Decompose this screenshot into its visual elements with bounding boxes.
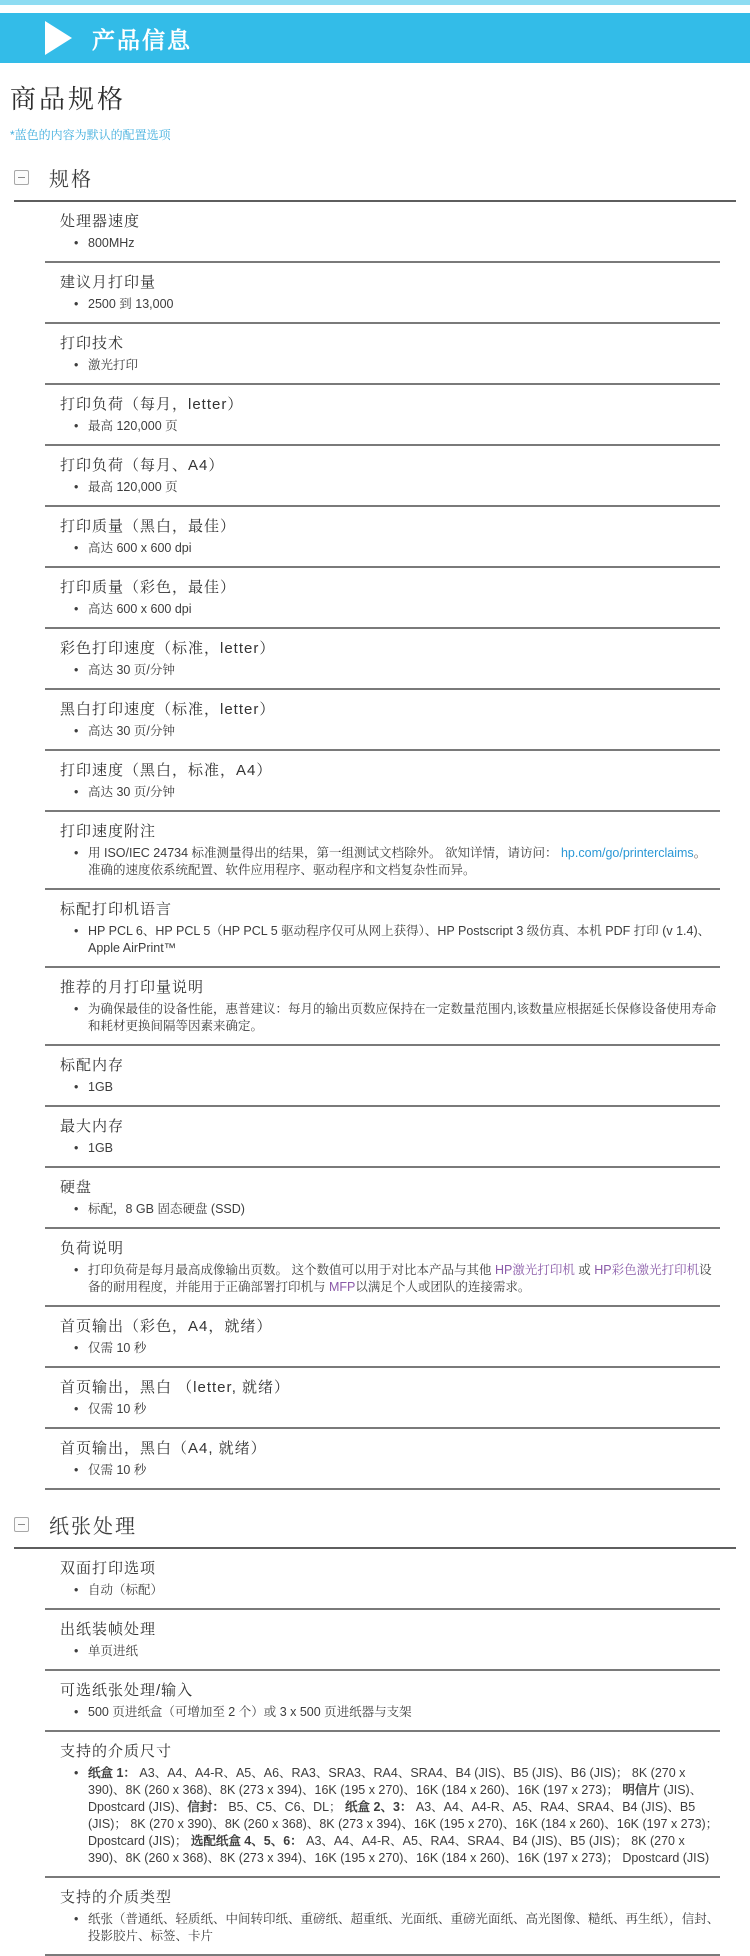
- bullet-text: 标配，8 GB 固态硬盘 (SSD): [88, 1202, 245, 1216]
- inline-link-visited[interactable]: HP彩色激光打印机: [594, 1263, 699, 1277]
- spec-item-title: 支持的介质尺寸: [60, 1742, 720, 1761]
- bullet-text: 打印负荷是每月最高成像输出页数。 这个数值可以用于对比本产品与其他: [88, 1263, 495, 1277]
- spec-bullet: 打印负荷是每月最高成像输出页数。 这个数值可以用于对比本产品与其他 HP激光打印…: [60, 1262, 720, 1296]
- spec-bullet-list: 仅需 10 秒: [60, 1401, 720, 1418]
- spec-bullet: 仅需 10 秒: [60, 1340, 720, 1357]
- spec-item-title: 出纸装帧处理: [60, 1620, 720, 1639]
- spec-bullet: 高达 30 页/分钟: [60, 662, 720, 679]
- spec-item-title: 打印速度附注: [60, 822, 720, 841]
- spec-item-title: 硬盘: [60, 1178, 720, 1197]
- spec-bullet-list: 自动（标配）: [60, 1582, 720, 1599]
- spec-item: 建议月打印量2500 到 13,000: [45, 263, 720, 324]
- section-header: 规格: [14, 163, 750, 192]
- bullet-text: 单页进纸: [88, 1644, 138, 1658]
- spec-bullet: 激光打印: [60, 357, 720, 374]
- bullet-text: 明信片: [622, 1783, 660, 1797]
- default-config-note: *蓝色的内容为默认的配置选项: [10, 126, 750, 143]
- spec-item: 首页输出，黑白 （letter, 就绪）仅需 10 秒: [45, 1368, 720, 1429]
- play-triangle-icon: [45, 21, 72, 55]
- bullet-text: 最高 120,000 页: [88, 419, 178, 433]
- section-title: 纸张处理: [49, 1510, 137, 1539]
- spec-bullet: 高达 600 x 600 dpi: [60, 601, 720, 618]
- spec-item: 打印负荷（每月、A4）最高 120,000 页: [45, 446, 720, 507]
- spec-item: 出纸装帧处理单页进纸: [45, 1610, 720, 1671]
- bullet-text: 最高 120,000 页: [88, 480, 178, 494]
- spec-item: 打印质量（彩色，最佳）高达 600 x 600 dpi: [45, 568, 720, 629]
- spec-item: 黑白打印速度（标准，letter）高达 30 页/分钟: [45, 690, 720, 751]
- spec-bullet-list: 高达 600 x 600 dpi: [60, 540, 720, 557]
- bullet-text: 1GB: [88, 1080, 113, 1094]
- bullet-text: A3、A4、A4-R、A5、A6、RA3、SRA3、RA4、SRA4、B4 (J…: [88, 1766, 685, 1797]
- spec-item: 支持的介质尺寸纸盒 1： A3、A4、A4-R、A5、A6、RA3、SRA3、R…: [45, 1732, 720, 1878]
- spec-item: 双面打印选项自动（标配）: [45, 1549, 720, 1610]
- spec-item-title: 标配打印机语言: [60, 900, 720, 919]
- spec-item-title: 可选纸张处理/输入: [60, 1681, 720, 1700]
- spec-bullet: 高达 30 页/分钟: [60, 784, 720, 801]
- bullet-text: 高达 600 x 600 dpi: [88, 602, 192, 616]
- spec-bullet-list: 高达 600 x 600 dpi: [60, 601, 720, 618]
- spec-bullet-list: 最高 120,000 页: [60, 479, 720, 496]
- spec-item-title: 首页输出（彩色，A4，就绪）: [60, 1317, 720, 1336]
- spec-bullet: 高达 30 页/分钟: [60, 723, 720, 740]
- sections-container: 规格处理器速度800MHz建议月打印量2500 到 13,000打印技术激光打印…: [0, 163, 750, 1956]
- spec-bullet: 为确保最佳的设备性能，惠普建议：每月的输出页数应保持在一定数量范围内,该数量应根…: [60, 1001, 720, 1035]
- bullet-text: 高达 30 页/分钟: [88, 724, 175, 738]
- bullet-text: 2500 到 13,000: [88, 297, 174, 311]
- spec-bullet-list: 激光打印: [60, 357, 720, 374]
- spec-item: 标配打印机语言HP PCL 6、HP PCL 5（HP PCL 5 驱动程序仅可…: [45, 890, 720, 968]
- spec-bullet-list: 高达 30 页/分钟: [60, 784, 720, 801]
- spec-item-title: 打印质量（黑白，最佳）: [60, 517, 720, 536]
- spec-item-title: 黑白打印速度（标准，letter）: [60, 700, 720, 719]
- spec-item: 打印负荷（每月，letter）最高 120,000 页: [45, 385, 720, 446]
- spec-bullet: 高达 600 x 600 dpi: [60, 540, 720, 557]
- spec-bullet: 仅需 10 秒: [60, 1462, 720, 1479]
- bullet-text: 以满足个人或团队的连接需求。: [355, 1280, 530, 1294]
- spec-item: 首页输出，黑白（A4, 就绪）仅需 10 秒: [45, 1429, 720, 1490]
- spec-item-title: 推荐的月打印量说明: [60, 978, 720, 997]
- product-info-banner: 产品信息: [0, 13, 750, 63]
- bullet-text: 纸盒 1：: [88, 1766, 139, 1780]
- collapse-toggle-icon[interactable]: [14, 170, 29, 185]
- spec-bullet-list: 仅需 10 秒: [60, 1462, 720, 1479]
- spec-item-title: 最大内存: [60, 1117, 720, 1136]
- top-accent-strip: [0, 0, 750, 5]
- page-title: 商品规格: [10, 79, 750, 116]
- spec-item-title: 建议月打印量: [60, 273, 720, 292]
- bullet-text: 纸张（普通纸、轻质纸、中间转印纸、重磅纸、超重纸、光面纸、重磅光面纸、高光图像、…: [88, 1912, 719, 1943]
- section-title: 规格: [49, 163, 93, 192]
- spec-item: 彩色打印速度（标准，letter）高达 30 页/分钟: [45, 629, 720, 690]
- spec-bullet-list: 标配，8 GB 固态硬盘 (SSD): [60, 1201, 720, 1218]
- spec-item-title: 打印速度（黑白，标准，A4）: [60, 761, 720, 780]
- spec-bullet: 1GB: [60, 1079, 720, 1096]
- spec-item-title: 打印负荷（每月，letter）: [60, 395, 720, 414]
- bullet-text: 500 页进纸盒（可增加至 2 个）或 3 x 500 页进纸器与支架: [88, 1705, 412, 1719]
- bullet-text: 仅需 10 秒: [88, 1402, 146, 1416]
- spec-bullet-list: 仅需 10 秒: [60, 1340, 720, 1357]
- inline-link-visited[interactable]: HP激光打印机: [495, 1263, 575, 1277]
- spec-bullet-list: 高达 30 页/分钟: [60, 662, 720, 679]
- bullet-text: 激光打印: [88, 358, 138, 372]
- bullet-text: B5、C5、C6、DL；: [228, 1800, 345, 1814]
- spec-item: 打印技术激光打印: [45, 324, 720, 385]
- spec-item: 最大内存1GB: [45, 1107, 720, 1168]
- spec-item: 处理器速度800MHz: [45, 202, 720, 263]
- spec-bullet: 最高 120,000 页: [60, 418, 720, 435]
- spec-item: 打印速度附注用 ISO/IEC 24734 标准测量得出的结果，第一组测试文档除…: [45, 812, 720, 890]
- spec-item-title: 负荷说明: [60, 1239, 720, 1258]
- section-header: 纸张处理: [14, 1510, 750, 1539]
- spec-bullet: 自动（标配）: [60, 1582, 720, 1599]
- spec-bullet: 纸盒 1： A3、A4、A4-R、A5、A6、RA3、SRA3、RA4、SRA4…: [60, 1765, 720, 1867]
- spec-bullet: 1GB: [60, 1140, 720, 1157]
- inline-link-visited[interactable]: MFP: [329, 1280, 355, 1294]
- spec-bullet-list: 高达 30 页/分钟: [60, 723, 720, 740]
- spec-bullet-list: 1GB: [60, 1140, 720, 1157]
- spec-item-title: 打印技术: [60, 334, 720, 353]
- spec-item: 负荷说明打印负荷是每月最高成像输出页数。 这个数值可以用于对比本产品与其他 HP…: [45, 1229, 720, 1307]
- spec-item: 推荐的月打印量说明为确保最佳的设备性能，惠普建议：每月的输出页数应保持在一定数量…: [45, 968, 720, 1046]
- spec-item: 打印质量（黑白，最佳）高达 600 x 600 dpi: [45, 507, 720, 568]
- spec-bullet-list: 纸张（普通纸、轻质纸、中间转印纸、重磅纸、超重纸、光面纸、重磅光面纸、高光图像、…: [60, 1911, 720, 1945]
- spec-item-title: 处理器速度: [60, 212, 720, 231]
- spec-bullet: 2500 到 13,000: [60, 296, 720, 313]
- bullet-text: HP PCL 6、HP PCL 5（HP PCL 5 驱动程序仅可从网上获得）、…: [88, 924, 710, 955]
- spec-bullet-list: 1GB: [60, 1079, 720, 1096]
- spec-item: 硬盘标配，8 GB 固态硬盘 (SSD): [45, 1168, 720, 1229]
- spec-bullet: 500 页进纸盒（可增加至 2 个）或 3 x 500 页进纸器与支架: [60, 1704, 720, 1721]
- spec-bullet: 纸张（普通纸、轻质纸、中间转印纸、重磅纸、超重纸、光面纸、重磅光面纸、高光图像、…: [60, 1911, 720, 1945]
- spec-item-title: 支持的介质类型: [60, 1888, 720, 1907]
- spec-bullet-list: 打印负荷是每月最高成像输出页数。 这个数值可以用于对比本产品与其他 HP激光打印…: [60, 1262, 720, 1296]
- spec-bullet-list: 2500 到 13,000: [60, 296, 720, 313]
- spec-item-title: 首页输出，黑白（A4, 就绪）: [60, 1439, 720, 1458]
- spec-item: 打印速度（黑白，标准，A4）高达 30 页/分钟: [45, 751, 720, 812]
- spec-item-title: 标配内存: [60, 1056, 720, 1075]
- spec-item-title: 打印负荷（每月、A4）: [60, 456, 720, 475]
- spec-bullet-list: 单页进纸: [60, 1643, 720, 1660]
- spec-bullet-list: 纸盒 1： A3、A4、A4-R、A5、A6、RA3、SRA3、RA4、SRA4…: [60, 1765, 720, 1867]
- bullet-text: 选配纸盒 4、5、6：: [191, 1834, 306, 1848]
- spec-bullet: 仅需 10 秒: [60, 1401, 720, 1418]
- spec-bullet-list: 用 ISO/IEC 24734 标准测量得出的结果，第一组测试文档除外。 欲知详…: [60, 845, 720, 879]
- banner-title: 产品信息: [92, 22, 192, 55]
- spec-item: 支持的介质类型纸张（普通纸、轻质纸、中间转印纸、重磅纸、超重纸、光面纸、重磅光面…: [45, 1878, 720, 1956]
- spec-section: 规格处理器速度800MHz建议月打印量2500 到 13,000打印技术激光打印…: [0, 163, 750, 1490]
- spec-bullet: 单页进纸: [60, 1643, 720, 1660]
- collapse-toggle-icon[interactable]: [14, 1517, 29, 1532]
- spec-item-title: 首页输出，黑白 （letter, 就绪）: [60, 1378, 720, 1397]
- spec-bullet: 标配，8 GB 固态硬盘 (SSD): [60, 1201, 720, 1218]
- bullet-text: 或: [575, 1263, 594, 1277]
- bullet-text: 高达 30 页/分钟: [88, 663, 175, 677]
- spec-item-title: 彩色打印速度（标准，letter）: [60, 639, 720, 658]
- bullet-text: 1GB: [88, 1141, 113, 1155]
- bullet-text: 自动（标配）: [88, 1583, 163, 1597]
- spec-bullet: 800MHz: [60, 235, 720, 252]
- spec-section: 纸张处理双面打印选项自动（标配）出纸装帧处理单页进纸可选纸张处理/输入500 页…: [0, 1510, 750, 1956]
- bullet-text: 纸盒 2、3：: [345, 1800, 416, 1814]
- spec-bullet: HP PCL 6、HP PCL 5（HP PCL 5 驱动程序仅可从网上获得）、…: [60, 923, 720, 957]
- spec-bullet-list: HP PCL 6、HP PCL 5（HP PCL 5 驱动程序仅可从网上获得）、…: [60, 923, 720, 957]
- bullet-text: 为确保最佳的设备性能，惠普建议：每月的输出页数应保持在一定数量范围内,该数量应根…: [88, 1002, 716, 1033]
- spec-bullet-list: 800MHz: [60, 235, 720, 252]
- bullet-text: 高达 30 页/分钟: [88, 785, 175, 799]
- bullet-text: 仅需 10 秒: [88, 1341, 146, 1355]
- spec-item: 首页输出（彩色，A4，就绪）仅需 10 秒: [45, 1307, 720, 1368]
- spec-bullet-list: 为确保最佳的设备性能，惠普建议：每月的输出页数应保持在一定数量范围内,该数量应根…: [60, 1001, 720, 1035]
- spec-bullet-list: 500 页进纸盒（可增加至 2 个）或 3 x 500 页进纸器与支架: [60, 1704, 720, 1721]
- bullet-text: 信封：: [187, 1800, 228, 1814]
- spec-item: 可选纸张处理/输入500 页进纸盒（可增加至 2 个）或 3 x 500 页进纸…: [45, 1671, 720, 1732]
- spec-item: 标配内存1GB: [45, 1046, 720, 1107]
- bullet-text: 800MHz: [88, 236, 135, 250]
- spec-item-title: 打印质量（彩色，最佳）: [60, 578, 720, 597]
- bullet-text: 用 ISO/IEC 24734 标准测量得出的结果，第一组测试文档除外。 欲知详…: [88, 846, 561, 860]
- bullet-text: 高达 600 x 600 dpi: [88, 541, 192, 555]
- spec-bullet-list: 最高 120,000 页: [60, 418, 720, 435]
- inline-link[interactable]: hp.com/go/printerclaims: [561, 846, 694, 860]
- spec-bullet: 用 ISO/IEC 24734 标准测量得出的结果，第一组测试文档除外。 欲知详…: [60, 845, 720, 879]
- spec-item-title: 双面打印选项: [60, 1559, 720, 1578]
- spec-bullet: 最高 120,000 页: [60, 479, 720, 496]
- bullet-text: 仅需 10 秒: [88, 1463, 146, 1477]
